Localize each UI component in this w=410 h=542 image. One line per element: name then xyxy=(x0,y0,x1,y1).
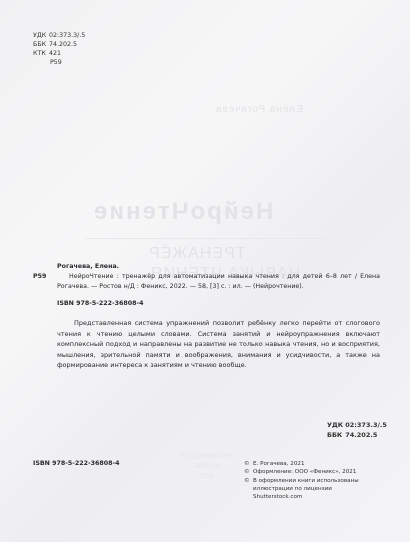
record-entry: НейроЧтение : тренажёр для автоматизации… xyxy=(57,272,380,292)
record-author: Рогачева, Елена. xyxy=(57,262,380,272)
show-through-rule xyxy=(85,238,325,239)
udk-row: УДК 02:373.3/.5 xyxy=(33,31,85,40)
classification-codes-bottom: УДК 02:373.3/.5 ББК 74.202.5 xyxy=(327,420,387,440)
bbk-value: 74.202.5 xyxy=(49,40,77,49)
isbn-footer: ISBN 978-5-222-36808-4 xyxy=(33,460,120,467)
author-cipher: Р59 xyxy=(33,58,85,67)
copyright-text: В оформлении книги использованы иллюстра… xyxy=(253,477,374,502)
book-imprint-page: Елена Рогачева НейроЧтение ТРЕНАЖЁР НАВЫ… xyxy=(0,0,410,542)
bbk-row: ББК 74.202.5 xyxy=(33,40,85,49)
copyright-line: © В оформлении книги использованы иллюст… xyxy=(244,477,374,502)
logo-line: 2021 xyxy=(180,472,233,482)
copyright-text: Оформление: ООО «Феникс», 2021 xyxy=(253,468,356,476)
bbk-label: ББК xyxy=(327,430,343,440)
abstract-paragraph: Представленная система упражнений позвол… xyxy=(57,318,380,371)
bibliographic-record: Рогачева, Елена. Р59 НейроЧтение : трена… xyxy=(57,262,380,292)
udk-label: УДК xyxy=(33,31,49,40)
bbk-row: ББК 74.202.5 xyxy=(327,430,387,440)
udk-label: УДК xyxy=(327,420,343,430)
copyright-text: Е. Рогачева, 2021 xyxy=(253,460,305,468)
ktk-value: 421 xyxy=(49,49,61,58)
ktk-row: КТК 421 xyxy=(33,49,85,58)
show-through-publisher-logo: РЕКОМЕНДУЕТ ФЕНИКС 2021 xyxy=(180,452,233,482)
show-through-author: Елена Рогачева xyxy=(215,104,303,115)
copyright-icon: © xyxy=(244,477,253,502)
classification-codes-top: УДК 02:373.3/.5 ББК 74.202.5 КТК 421 Р59 xyxy=(33,31,85,67)
udk-row: УДК 02:373.3/.5 xyxy=(327,420,387,430)
ktk-label: КТК xyxy=(33,49,49,58)
record-cipher: Р59 xyxy=(33,272,46,282)
copyright-block: © Е. Рогачева, 2021 © Оформление: ООО «Ф… xyxy=(244,460,374,501)
copyright-line: © Оформление: ООО «Феникс», 2021 xyxy=(244,468,374,476)
logo-line: ФЕНИКС xyxy=(180,462,233,472)
show-through-subtitle-1: ТРЕНАЖЁР xyxy=(148,245,245,263)
logo-line: РЕКОМЕНДУЕТ xyxy=(180,452,233,462)
copyright-icon: © xyxy=(244,468,253,476)
udk-value: 02:373.3/.5 xyxy=(49,31,85,40)
copyright-line: © Е. Рогачева, 2021 xyxy=(244,460,374,468)
bbk-value: 74.202.5 xyxy=(345,431,377,439)
isbn-record: ISBN 978-5-222-36808-4 xyxy=(57,300,144,307)
show-through-title: НейроЧтение xyxy=(92,198,273,226)
bbk-label: ББК xyxy=(33,40,49,49)
copyright-icon: © xyxy=(244,460,253,468)
udk-value: 02:373.3/.5 xyxy=(345,421,387,429)
